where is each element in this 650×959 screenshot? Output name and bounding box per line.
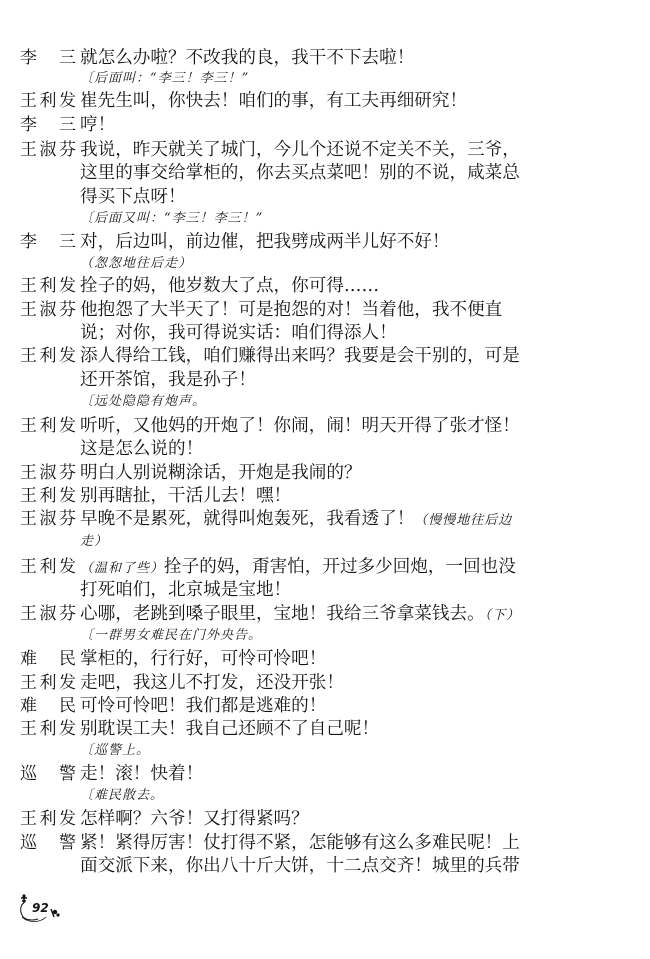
dialogue-text: 就怎么办啦？不改我的良，我干不下去啦！ [80,47,414,69]
spoken-text: 添人得给工钱，咱们赚得出来吗？我要是会干别的，可是 [80,346,520,366]
dialogue-line: 王淑芬早晚不是累死，就得叫炮轰死，我看透了！（慢慢地往后边 [0,508,650,530]
dialogue-text: 走吧，我这儿不打发，还没开张！ [80,672,344,694]
spoken-text: 紧！紧得厉害！仗打得不紧，怎能够有这么多难民呢！上 [80,833,520,853]
spoken-text: 心哪，老跳到嗓子眼里，宝地！我给三爷拿菜钱去。 [80,604,485,624]
dialogue-text: 面交派下来，你出八十斤大饼，十二点交齐！城里的兵带 [80,855,520,877]
speaker-char: 淑 [40,299,57,321]
speaker-name: 巡警 [20,763,76,785]
spoken-text: 还开茶馆，我是孙子！ [80,370,256,390]
speaker-char: 王 [20,139,37,161]
speaker-char: 利 [40,672,57,694]
dialogue-continuation-line: 还开茶馆，我是孙子！ [0,369,650,391]
stage-direction-line: 〔难民散去。 [0,785,650,807]
speaker-char: 发 [59,415,76,437]
dialogue-continuation-line: 这是怎么说的！ [0,438,650,460]
book-page: 李三就怎么办啦？不改我的良，我干不下去啦！〔后面叫：“李三！李三！”王利发崔先生… [0,0,650,959]
speaker-char: 王 [20,508,37,530]
speaker-name: 王利发 [20,345,76,367]
stage-direction-line: （怱怱地往后走） [0,253,650,275]
dialogue-text: 打死咱们，北京城是宝地！ [80,579,291,601]
dialogue-text: 走！滚！快着！ [80,763,203,785]
dialogue-text: 对，后边叫，前边催，把我劈成两半儿好不好！ [80,231,449,253]
speaker-name: 李三 [20,231,76,253]
spoken-text: 得买下点呀！ [80,187,186,207]
dialogue-text: 崔先生叫，你快去！咱们的事，有工夫再细研究！ [80,90,467,112]
spoken-text: 听听，又他妈的开炮了！你闹，闹！明天开得了张才怪！ [80,416,520,436]
stage-direction: 走） [80,531,108,553]
speaker-name: 王利发 [20,90,76,112]
spoken-text: 他抱怨了大半天了！可是抱怨的对！当着他，我不便直 [80,300,502,320]
spoken-text: 拴子的妈，甭害怕，开过多少回炮，一回也没 [164,557,516,577]
speaker-name: 王淑芬 [20,508,76,530]
dialogue-line: 王利发（温和了些）拴子的妈，甭害怕，开过多少回炮，一回也没 [0,556,650,578]
speaker-char: 李 [20,114,37,136]
dialogue-line: 王利发别耽误工夫！我自己还顾不了自己呢！ [0,718,650,740]
speaker-char: 发 [59,556,76,578]
speaker-char: 王 [20,415,37,437]
speaker-name: 难民 [20,648,76,670]
dialogue-text: 哼！ [80,114,115,136]
dialogue-text: 紧！紧得厉害！仗打得不紧，怎能够有这么多难民呢！上 [80,832,520,854]
spoken-text: 崔先生叫，你快去！咱们的事，有工夫再细研究！ [80,91,467,111]
stage-direction-line: 〔巡警上。 [0,740,650,762]
stage-direction: 〔难民散去。 [80,785,164,807]
dialogue-line: 王淑芬明白人别说糊涂话，开炮是我闹的？ [0,462,650,484]
dialogue-text: 别再瞎扯，干活儿去！嘿！ [80,485,291,507]
dialogue-line: 王淑芬他抱怨了大半天了！可是抱怨的对！当着他，我不便直 [0,299,650,321]
speaker-char: 利 [40,275,57,297]
page-number: 92 [32,901,49,915]
dialogue-text: 说；对你，我可得说实话：咱们得添人！ [80,322,397,344]
stage-direction: 〔远处隐隐有炮声。 [80,391,206,413]
dialogue-text: （温和了些）拴子的妈，甭害怕，开过多少回炮，一回也没 [80,556,516,580]
speaker-char: 利 [40,556,57,578]
dialogue-line: 难民掌柜的，行行好，可怜可怜吧！ [0,648,650,670]
speaker-name: 王利发 [20,672,76,694]
speaker-char: 王 [20,299,37,321]
spoken-text: 说；对你，我可得说实话：咱们得添人！ [80,323,397,343]
speaker-name: 王利发 [20,718,76,740]
speaker-char: 芬 [59,508,76,530]
spoken-text: 早晚不是累死，就得叫炮轰死，我看透了！ [80,509,414,529]
dialogue-text: 心哪，老跳到嗓子眼里，宝地！我给三爷拿菜钱去。（下） [80,603,520,627]
speaker-char: 利 [40,718,57,740]
speaker-name: 难民 [20,695,76,717]
speaker-char: 利 [40,808,57,830]
dialogue-continuation-line: 得买下点呀！ [0,186,650,208]
dialogue-text: 他抱怨了大半天了！可是抱怨的对！当着他，我不便直 [80,299,502,321]
inline-stage-direction: （下） [485,608,521,623]
spoken-text: 别耽误工夫！我自己还顾不了自己呢！ [80,719,379,739]
dialogue-line: 王利发别再瞎扯，干活儿去！嘿！ [0,485,650,507]
spoken-text: 明白人别说糊涂话，开炮是我闹的？ [80,463,362,483]
speaker-char: 王 [20,556,37,578]
stage-direction-line: 〔后面又叫：“李三！李三！” [0,208,650,230]
stage-direction-line: 〔远处隐隐有炮声。 [0,391,650,413]
spoken-text: 哼！ [80,115,115,135]
spoken-text: 别再瞎扯，干活儿去！嘿！ [80,486,291,506]
dialogue-text: 早晚不是累死，就得叫炮轰死，我看透了！（慢慢地往后边 [80,508,512,532]
dialogue-line: 王淑芬心哪，老跳到嗓子眼里，宝地！我给三爷拿菜钱去。（下） [0,603,650,625]
page-number-ornament: 92 [18,893,62,927]
dialogue-line: 王淑芬我说，昨天就关了城门，今儿个还说不定关不关，三爷， [0,139,650,161]
speaker-char: 李 [20,231,37,253]
dialogue-text: 得买下点呀！ [80,186,186,208]
speaker-char: 淑 [40,508,57,530]
speaker-char: 民 [59,648,76,670]
speaker-char: 民 [59,695,76,717]
spoken-text: 可怜可怜吧！我们都是逃难的！ [80,696,326,716]
dialogue-continuation-line: 这里的事交给掌柜的，你去买点菜吧！别的不说，咸菜总 [0,162,650,184]
dialogue-text: 这是怎么说的！ [80,438,203,460]
spoken-text: 走吧，我这儿不打发，还没开张！ [80,673,344,693]
speaker-char: 王 [20,603,37,625]
speaker-char: 发 [59,718,76,740]
speaker-char: 利 [40,90,57,112]
spoken-text: 掌柜的，行行好，可怜可怜吧！ [80,649,326,669]
dialogue-text: 怎样啊？六爷！又打得紧吗？ [80,808,309,830]
stage-direction-line: 〔后面叫：“李三！李三！” [0,68,650,90]
stage-direction: 〔一群男女难民在门外央告。 [80,625,262,647]
dialogue-text: 听听，又他妈的开炮了！你闹，闹！明天开得了张才怪！ [80,415,520,437]
inline-stage-direction: （温和了些） [80,561,164,576]
dialogue-text: 可怜可怜吧！我们都是逃难的！ [80,695,326,717]
speaker-char: 发 [59,808,76,830]
dialogue-continuation-line: 说；对你，我可得说实话：咱们得添人！ [0,322,650,344]
speaker-name: 李三 [20,114,76,136]
speaker-char: 发 [59,275,76,297]
speaker-char: 利 [40,345,57,367]
speaker-name: 王淑芬 [20,299,76,321]
dialogue-text: 还开茶馆，我是孙子！ [80,369,256,391]
stage-direction-line: 〔一群男女难民在门外央告。 [0,625,650,647]
spoken-text: 对，后边叫，前边催，把我劈成两半儿好不好！ [80,232,449,252]
dialogue-text: 这里的事交给掌柜的，你去买点菜吧！别的不说，咸菜总 [80,162,520,184]
speaker-char: 王 [20,718,37,740]
speaker-char: 巡 [20,763,37,785]
stage-direction: 〔后面叫：“李三！李三！” [80,68,249,90]
speaker-name: 李三 [20,47,76,69]
speaker-name: 巡警 [20,832,76,854]
speaker-char: 发 [59,672,76,694]
speaker-char: 利 [40,485,57,507]
speaker-char: 难 [20,648,37,670]
speaker-char: 芬 [59,603,76,625]
speaker-name: 王淑芬 [20,462,76,484]
dialogue-continuation-line: 面交派下来，你出八十斤大饼，十二点交齐！城里的兵带 [0,855,650,877]
stage-direction: 〔后面又叫：“李三！李三！” [80,208,263,230]
dialogue-line: 李三就怎么办啦？不改我的良，我干不下去啦！ [0,47,650,69]
stage-direction: （怱怱地往后走） [80,253,192,275]
stage-direction: 〔巡警上。 [80,740,150,762]
speaker-char: 巡 [20,832,37,854]
speaker-char: 王 [20,485,37,507]
speaker-char: 发 [59,90,76,112]
speaker-name: 王利发 [20,485,76,507]
dialogue-line: 王利发添人得给工钱，咱们赚得出来吗？我要是会干别的，可是 [0,345,650,367]
dialogue-line: 王利发走吧，我这儿不打发，还没开张！ [0,672,650,694]
dialogue-text: 别耽误工夫！我自己还顾不了自己呢！ [80,718,379,740]
speaker-char: 芬 [59,299,76,321]
dialogue-text: 明白人别说糊涂话，开炮是我闹的？ [80,462,362,484]
dialogue-line: 巡警走！滚！快着！ [0,763,650,785]
speaker-char: 三 [59,47,76,69]
spoken-text: 就怎么办啦？不改我的良，我干不下去啦！ [80,48,414,68]
speaker-name: 王淑芬 [20,139,76,161]
spoken-text: 走！滚！快着！ [80,764,203,784]
speaker-char: 三 [59,114,76,136]
speaker-name: 王利发 [20,808,76,830]
dialogue-line: 李三对，后边叫，前边催，把我劈成两半儿好不好！ [0,231,650,253]
speaker-char: 芬 [59,139,76,161]
speaker-char: 警 [59,763,76,785]
speaker-char: 王 [20,345,37,367]
dialogue-line: 巡警紧！紧得厉害！仗打得不紧，怎能够有这么多难民呢！上 [0,832,650,854]
dialogue-line: 难民可怜可怜吧！我们都是逃难的！ [0,695,650,717]
spoken-text: 这是怎么说的！ [80,439,203,459]
stage-direction-line: 走） [0,531,650,553]
speaker-char: 王 [20,672,37,694]
speaker-char: 难 [20,695,37,717]
spoken-text: 怎样啊？六爷！又打得紧吗？ [80,809,309,829]
dialogue-line: 王利发拴子的妈，他岁数大了点，你可得…… [0,275,650,297]
inline-stage-direction: （慢慢地往后边 [414,513,512,528]
speaker-name: 王利发 [20,556,76,578]
speaker-char: 淑 [40,139,57,161]
dialogue-line: 王利发崔先生叫，你快去！咱们的事，有工夫再细研究！ [0,90,650,112]
speaker-name: 王利发 [20,415,76,437]
speaker-char: 芬 [59,462,76,484]
dialogue-text: 掌柜的，行行好，可怜可怜吧！ [80,648,326,670]
speaker-char: 发 [59,345,76,367]
speaker-char: 王 [20,90,37,112]
speaker-name: 王利发 [20,275,76,297]
dialogue-line: 王利发听听，又他妈的开炮了！你闹，闹！明天开得了张才怪！ [0,415,650,437]
dialogue-text: 拴子的妈，他岁数大了点，你可得…… [80,275,379,297]
dialogue-line: 王利发怎样啊？六爷！又打得紧吗？ [0,808,650,830]
speaker-char: 利 [40,415,57,437]
speaker-char: 王 [20,275,37,297]
spoken-text: 我说，昨天就关了城门，今儿个还说不定关不关，三爷， [80,140,520,160]
speaker-char: 三 [59,231,76,253]
spoken-text: 拴子的妈，他岁数大了点，你可得…… [80,276,379,296]
speaker-char: 发 [59,485,76,507]
spoken-text: 这里的事交给掌柜的，你去买点菜吧！别的不说，咸菜总 [80,163,520,183]
speaker-char: 淑 [40,603,57,625]
speaker-char: 警 [59,832,76,854]
dialogue-text: 添人得给工钱，咱们赚得出来吗？我要是会干别的，可是 [80,345,520,367]
speaker-char: 淑 [40,462,57,484]
speaker-char: 李 [20,47,37,69]
dialogue-text: 我说，昨天就关了城门，今儿个还说不定关不关，三爷， [80,139,520,161]
spoken-text: 打死咱们，北京城是宝地！ [80,580,291,600]
speaker-char: 王 [20,462,37,484]
dialogue-line: 李三哼！ [0,114,650,136]
spoken-text: 面交派下来，你出八十斤大饼，十二点交齐！城里的兵带 [80,856,520,876]
dialogue-continuation-line: 打死咱们，北京城是宝地！ [0,579,650,601]
speaker-name: 王淑芬 [20,603,76,625]
speaker-char: 王 [20,808,37,830]
